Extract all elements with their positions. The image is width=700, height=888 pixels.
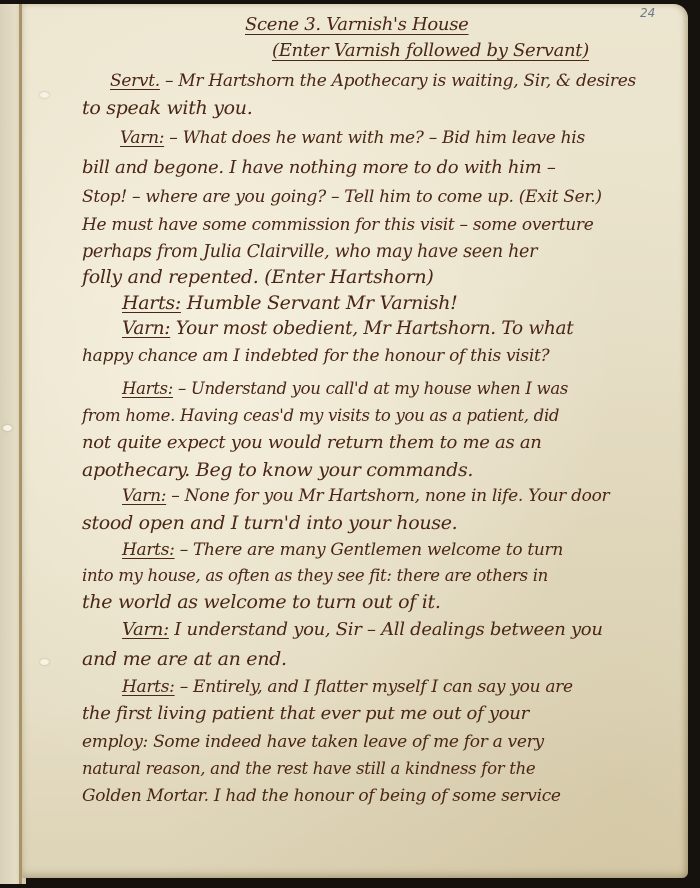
dialogue-line: He must have some commission for this vi… bbox=[82, 214, 594, 236]
dialogue-line: to speak with you. bbox=[82, 97, 252, 119]
line-text: folly and repented. (Enter Hartshorn) bbox=[82, 266, 433, 288]
line-text: – None for you Mr Hartshorn, none in lif… bbox=[171, 486, 609, 506]
dialogue-line: the first living patient that ever put m… bbox=[82, 703, 529, 725]
stage-direction: (Enter Varnish followed by Servant) bbox=[272, 40, 589, 62]
dialogue-line: Harts: – There are many Gentlemen welcom… bbox=[122, 539, 563, 561]
line-text: stood open and I turn'd into your house. bbox=[82, 512, 457, 534]
dialogue-line: Harts: – Entirely, and I flatter myself … bbox=[122, 676, 573, 698]
line-text: Humble Servant Mr Varnish! bbox=[187, 292, 458, 314]
line-text: from home. Having ceas'd my visits to yo… bbox=[82, 406, 559, 425]
line-text: into my house, as often as they see fit:… bbox=[82, 566, 548, 585]
line-text: happy chance am I indebted for the honou… bbox=[82, 346, 549, 366]
line-text: the world as welcome to turn out of it. bbox=[82, 591, 441, 613]
dialogue-line: stood open and I turn'd into your house. bbox=[82, 512, 457, 534]
dialogue-line: from home. Having ceas'd my visits to yo… bbox=[82, 405, 559, 427]
manuscript-text: Scene 3. Varnish's House (Enter Varnish … bbox=[0, 0, 700, 888]
line-text: – There are many Gentlemen welcome to tu… bbox=[180, 540, 563, 560]
line-text: the first living patient that ever put m… bbox=[82, 703, 529, 724]
line-text: – Entirely, and I flatter myself I can s… bbox=[180, 677, 573, 697]
line-text: Golden Mortar. I had the honour of being… bbox=[82, 786, 561, 806]
dialogue-line: and me are at an end. bbox=[82, 648, 287, 670]
speaker-name: Harts: bbox=[122, 677, 175, 697]
speaker-name: Harts: bbox=[122, 540, 175, 560]
dialogue-line: Stop! – where are you going? – Tell him … bbox=[82, 186, 602, 208]
dialogue-line: happy chance am I indebted for the honou… bbox=[82, 345, 549, 367]
line-text: natural reason, and the rest have still … bbox=[82, 759, 535, 778]
dialogue-line: Harts: Humble Servant Mr Varnish! bbox=[122, 292, 457, 314]
line-text: – Mr Hartshorn the Apothecary is waiting… bbox=[165, 71, 636, 91]
dialogue-line: Varn: – None for you Mr Hartshorn, none … bbox=[122, 485, 609, 507]
dialogue-line: apothecary. Beg to know your commands. bbox=[82, 459, 473, 481]
dialogue-line: Varn: Your most obedient, Mr Hartshorn. … bbox=[122, 318, 573, 340]
line-text: not quite expect you would return them t… bbox=[82, 432, 542, 453]
line-text: to speak with you. bbox=[82, 97, 252, 119]
dialogue-line: Servt. – Mr Hartshorn the Apothecary is … bbox=[110, 70, 636, 92]
line-text: Stop! – where are you going? – Tell him … bbox=[82, 187, 602, 207]
line-text: – What does he want with me? – Bid him l… bbox=[169, 128, 585, 148]
dialogue-line: the world as welcome to turn out of it. bbox=[82, 591, 441, 613]
dialogue-line: employ: Some indeed have taken leave of … bbox=[82, 731, 544, 753]
speaker-name: Varn: bbox=[122, 318, 170, 339]
line-text: perhaps from Julia Clairville, who may h… bbox=[82, 242, 537, 262]
dialogue-line: Varn: I understand you, Sir – All dealin… bbox=[122, 619, 603, 641]
manuscript-scan: 24 Scene 3. Varnish's House (Enter Varni… bbox=[0, 0, 700, 888]
line-text: bill and begone. I have nothing more to … bbox=[82, 157, 556, 178]
dialogue-line: folly and repented. (Enter Hartshorn) bbox=[82, 266, 433, 288]
dialogue-line: bill and begone. I have nothing more to … bbox=[82, 157, 556, 179]
line-text: employ: Some indeed have taken leave of … bbox=[82, 732, 544, 752]
dialogue-line: perhaps from Julia Clairville, who may h… bbox=[82, 241, 537, 263]
line-text: and me are at an end. bbox=[82, 648, 287, 670]
dialogue-line: Harts: – Understand you call'd at my hou… bbox=[122, 378, 568, 400]
speaker-name: Varn: bbox=[120, 128, 164, 148]
line-text: Your most obedient, Mr Hartshorn. To wha… bbox=[176, 318, 574, 339]
dialogue-line: natural reason, and the rest have still … bbox=[82, 758, 535, 780]
speaker-name: Varn: bbox=[122, 619, 169, 640]
line-text: He must have some commission for this vi… bbox=[82, 215, 594, 235]
line-text: apothecary. Beg to know your commands. bbox=[82, 459, 473, 481]
speaker-name: Servt. bbox=[110, 71, 160, 91]
dialogue-line: Golden Mortar. I had the honour of being… bbox=[82, 785, 561, 807]
speaker-name: Harts: bbox=[122, 379, 173, 398]
speaker-name: Harts: bbox=[122, 292, 181, 314]
dialogue-line: not quite expect you would return them t… bbox=[82, 432, 542, 454]
dialogue-line: Varn: – What does he want with me? – Bid… bbox=[120, 127, 585, 149]
scene-heading: Scene 3. Varnish's House bbox=[245, 14, 469, 36]
speaker-name: Varn: bbox=[122, 486, 166, 506]
line-text: I understand you, Sir – All dealings bet… bbox=[174, 619, 602, 640]
line-text: – Understand you call'd at my house when… bbox=[178, 379, 568, 398]
dialogue-line: into my house, as often as they see fit:… bbox=[82, 565, 548, 587]
